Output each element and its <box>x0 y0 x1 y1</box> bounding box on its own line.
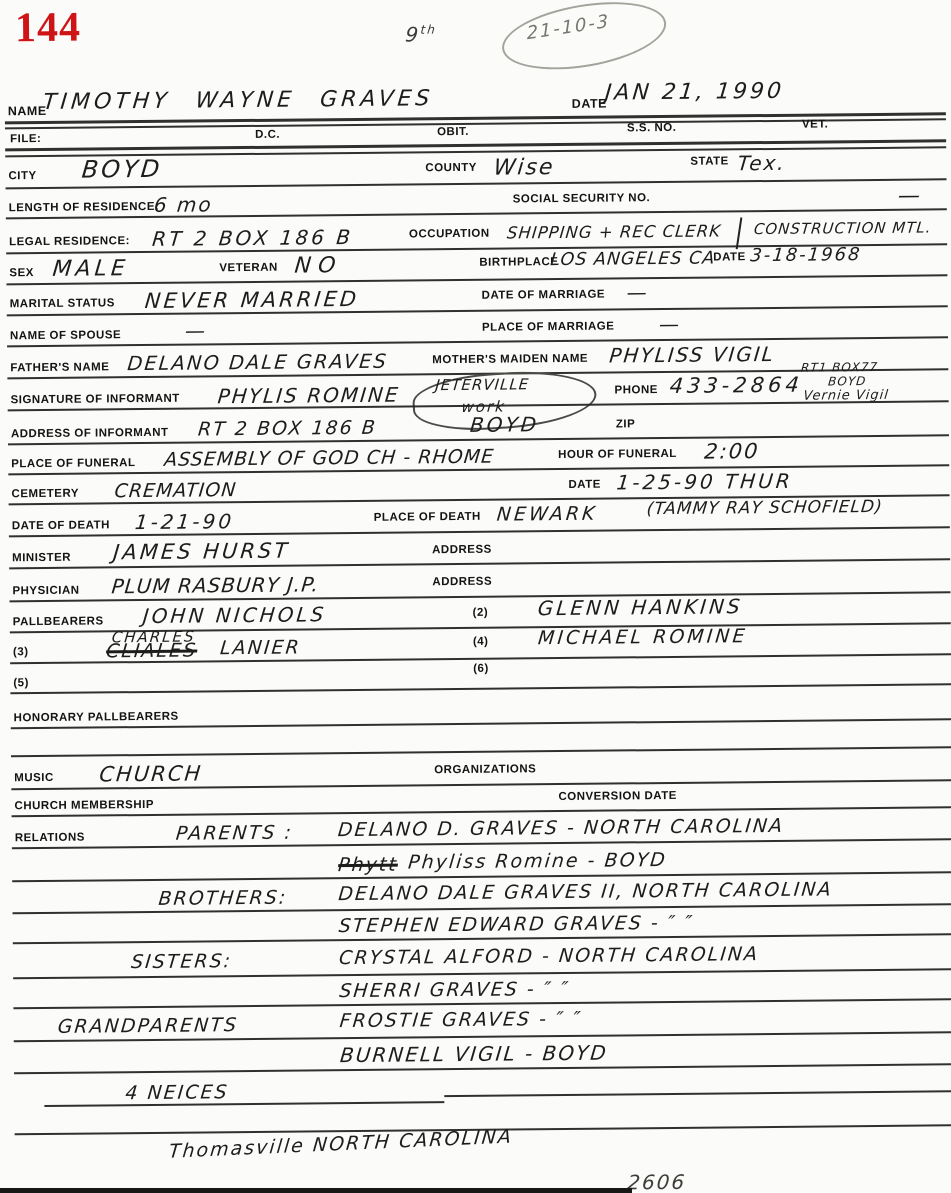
length-of-residence-label: LENGTH OF RESIDENCE: <box>9 201 160 214</box>
veteran-label: VETERAN <box>219 262 278 275</box>
legal-residence-value: RT 2 BOX 186 B <box>151 225 354 251</box>
form-line <box>444 1090 951 1097</box>
sex-label: SEX <box>9 267 34 279</box>
ordinal-base: 9 <box>404 22 421 46</box>
ssno-label: S.S. NO. <box>627 122 676 134</box>
marital-status-value: NEVER MARRIED <box>144 287 360 313</box>
physician-label: PHYSICIAN <box>12 585 79 598</box>
pallbearer-3-value: LANIER <box>219 637 302 660</box>
marriage-date-value: — <box>626 280 650 304</box>
scan-edge-artifact <box>0 1188 632 1193</box>
cemetery-label: CEMETERY <box>11 488 79 501</box>
occupation-label: OCCUPATION <box>409 228 490 241</box>
pallbearer-2-label: (2) <box>473 607 489 619</box>
form-body: 144 9th 21-10-3 NAME TIMOTHY WAYNE GRAVE… <box>0 0 951 1193</box>
informant-address-city: BOYD <box>469 412 540 437</box>
informant-signature-value: PHYLIS ROMINE <box>217 383 401 409</box>
name-label: NAME <box>8 104 47 118</box>
death-place-value: NEWARK <box>496 503 599 526</box>
death-date-label: DATE OF DEATH <box>12 519 110 532</box>
informant-signature-label: SIGNATURE OF INFORMANT <box>11 393 180 407</box>
relations-row-heading: PARENTS : <box>175 822 294 845</box>
informant-margin-note-line1: RT1 BOX77 <box>800 360 878 375</box>
file-label: FILE: <box>10 133 41 145</box>
city-label: CITY <box>8 170 36 182</box>
veteran-value: NO <box>293 253 343 278</box>
relations-row-heading: SISTERS: <box>130 950 233 973</box>
marriage-place-label: PLACE OF MARRIAGE <box>482 320 615 333</box>
dc-label: D.C. <box>255 129 280 141</box>
circled-annotation-outline <box>497 0 671 80</box>
occupation-note: CONSTRUCTION MTL. <box>753 218 932 238</box>
name-value: TIMOTHY WAYNE GRAVES <box>42 86 435 115</box>
form-line <box>10 683 951 694</box>
funeral-place-label: PLACE OF FUNERAL <box>11 457 135 470</box>
relations-row-heading: BROTHERS: <box>157 887 288 910</box>
marital-status-label: MARITAL STATUS <box>10 297 115 310</box>
relations-row-heading: GRANDPARENTS <box>57 1014 239 1038</box>
mother-maiden-name-value: PHYLISS VIGIL <box>608 342 776 368</box>
minister-label: MINISTER <box>12 552 71 565</box>
relations-row-text: DELANO DALE GRAVES II, NORTH CAROLINA <box>337 878 833 905</box>
organizations-label: ORGANIZATIONS <box>434 763 536 776</box>
funeral-hour-value: 2:00 <box>703 439 760 464</box>
county-label: COUNTY <box>425 162 477 174</box>
form-line <box>44 1101 444 1107</box>
physician-address-label: ADDRESS <box>432 576 492 589</box>
pallbearers-label: PALLBEARERS <box>13 615 104 628</box>
vet-label: VET. <box>802 118 828 130</box>
cemetery-value: CREMATION <box>114 479 238 502</box>
page-number: 144 <box>15 4 81 53</box>
county-value: Wise <box>493 155 556 181</box>
birthplace-label: BIRTHPLACE <box>479 256 558 269</box>
form-line <box>12 838 951 849</box>
relations-row-text: Phyliss Romine - BOYD <box>407 849 668 874</box>
spouse-label: NAME OF SPOUSE <box>10 329 121 342</box>
relations-row-text: FROSTIE GRAVES - ″ ″ <box>339 1008 584 1032</box>
length-of-residence-value: 6 mo <box>153 192 214 217</box>
phone-value: 433-2864 <box>669 373 804 398</box>
death-date-value: 1-21-90 <box>134 509 235 534</box>
form-line <box>13 903 951 914</box>
funeral-hour-label: HOUR OF FUNERAL <box>558 448 677 461</box>
mother-maiden-name-label: MOTHER'S MAIDEN NAME <box>432 353 588 366</box>
minister-address-label: ADDRESS <box>432 544 492 557</box>
birthdate-label: DATE <box>713 251 746 263</box>
form-line <box>7 336 948 347</box>
relations-row-text: 4 NEICES <box>124 1081 229 1104</box>
conversion-date-label: CONVERSION DATE <box>558 790 677 803</box>
pallbearer-3-struck-text: CLIALES <box>105 640 198 663</box>
informant-margin-note-line2: BOYD <box>828 374 868 388</box>
occupation-value: SHIPPING + REC CLERK <box>506 221 722 242</box>
spouse-value: — <box>184 318 208 342</box>
form-line <box>6 274 947 285</box>
ordinal-annotation: 9th <box>404 22 437 46</box>
scanned-funeral-record: 144 9th 21-10-3 NAME TIMOTHY WAYNE GRAVE… <box>0 0 951 1193</box>
marriage-place-value: — <box>658 312 682 336</box>
social-security-value: — <box>897 184 923 209</box>
relations-label: RELATIONS <box>15 832 85 845</box>
death-place-label: PLACE OF DEATH <box>374 511 481 524</box>
birthplace-value: LOS ANGELES CA <box>549 249 716 271</box>
legal-residence-label: LEGAL RESIDENCE: <box>9 235 130 248</box>
date-value: JAN 21, 1990 <box>604 79 785 106</box>
pallbearer-6-label: (6) <box>473 663 489 675</box>
father-name-label: FATHER'S NAME <box>10 361 109 374</box>
pallbearer-2-value: GLENN HANKINS <box>537 594 744 620</box>
funeral-place-value: ASSEMBLY OF GOD CH - RHOME <box>163 446 495 471</box>
relations-row-text: SHERRI GRAVES - ″ ″ <box>338 978 571 1002</box>
pallbearer-4-value: MICHAEL ROMINE <box>537 625 749 649</box>
sex-value: MALE <box>51 256 130 282</box>
pallbearer-1-value: JOHN NICHOLS <box>142 602 328 628</box>
relations-row-text: BURNELL VIGIL - BOYD <box>339 1041 609 1068</box>
obit-label: OBIT. <box>437 126 469 138</box>
music-label: MUSIC <box>14 772 54 784</box>
date-label: DATE <box>572 97 607 111</box>
informant-address-label: ADDRESS OF INFORMANT <box>11 427 169 441</box>
form-line <box>11 746 951 757</box>
pallbearer-5-label: (5) <box>13 677 29 689</box>
pallbearer-4-label: (4) <box>473 636 489 648</box>
father-name-value: DELANO DALE GRAVES <box>126 350 389 376</box>
relations-row-text: DELANO D. GRAVES - NORTH CAROLINA <box>337 815 785 841</box>
state-value: Tex. <box>736 151 787 175</box>
informant-note-line1: JETERVILLE <box>435 375 531 394</box>
music-value: CHURCH <box>98 761 203 786</box>
honorary-pallbearers-label: HONORARY PALLBEARERS <box>14 711 179 725</box>
cemetery-date-label: DATE <box>568 479 601 491</box>
social-security-label: SOCIAL SECURITY NO. <box>513 192 651 205</box>
physician-value: PLUM RASBURY J.P. <box>110 572 320 598</box>
zip-label: ZIP <box>616 418 636 430</box>
relations-row-text: STEPHEN EDWARD GRAVES - ″ ″ <box>338 912 695 937</box>
cemetery-date-value: 1-25-90 THUR <box>616 469 795 495</box>
marriage-date-label: DATE OF MARRIAGE <box>482 289 606 302</box>
church-membership-label: CHURCH MEMBERSHIP <box>14 799 154 812</box>
informant-address-value: RT 2 BOX 186 B <box>197 417 378 441</box>
city-value: BOYD <box>81 155 164 184</box>
bottom-cutoff-fragment: 2606 <box>626 1170 687 1193</box>
relations-row-struck-text: Phytt <box>337 854 399 877</box>
ordinal-suffix: th <box>420 23 438 37</box>
state-label: STATE <box>690 155 729 167</box>
death-place-note: (TAMMY RAY SCHOFIELD) <box>646 497 884 519</box>
relations-row-text: CRYSTAL ALFORD - NORTH CAROLINA <box>338 943 760 969</box>
phone-label: PHONE <box>614 384 658 396</box>
minister-value: JAMES HURST <box>112 539 291 565</box>
birthdate-value: 3-18-1968 <box>749 244 862 266</box>
pallbearer-3-label: (3) <box>13 646 29 658</box>
